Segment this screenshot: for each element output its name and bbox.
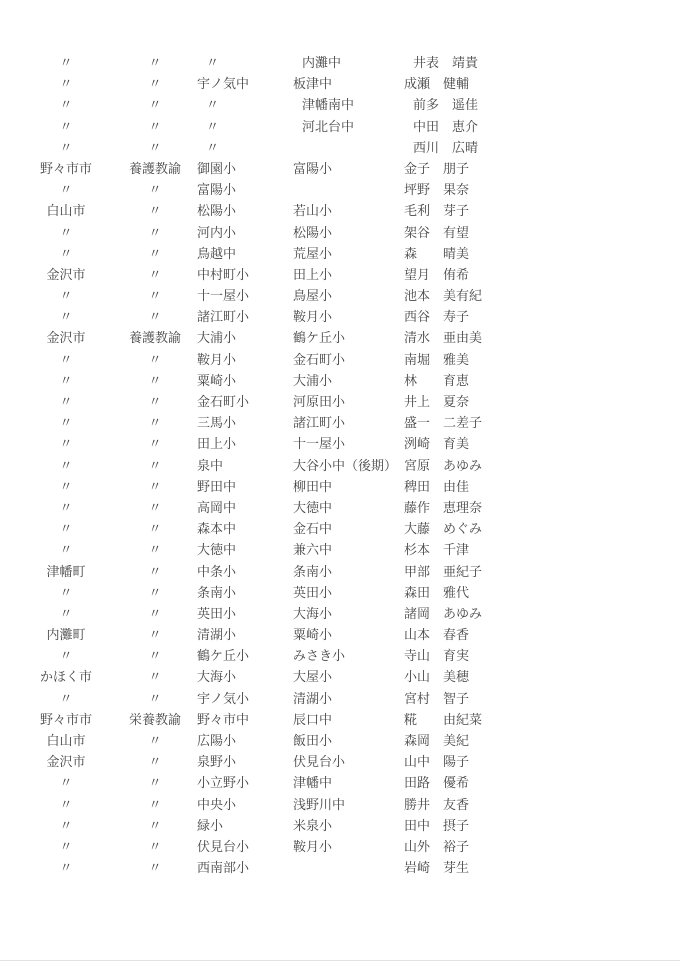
cell-person-name: 望月 侑希	[404, 265, 680, 286]
cell-municipality: かほく市	[16, 667, 116, 688]
cell-municipality: 〃	[16, 244, 116, 265]
table-row: 〃 〃 〃 津幡南中 前多 遥佳	[0, 95, 680, 116]
table-row: 白山市 〃 松陽小 若山小 毛利 芽子	[0, 201, 680, 222]
cell-person-name: 宮村 智子	[404, 689, 680, 710]
cell-municipality: 〃	[16, 858, 116, 879]
cell-municipality: 〃	[16, 795, 116, 816]
cell-role: 〃	[116, 265, 194, 286]
cell-role: 〃	[116, 540, 194, 561]
cell-to-school: 鞍月小	[293, 837, 404, 858]
cell-municipality: 〃	[16, 519, 116, 540]
cell-from-school: 大徳中	[194, 540, 293, 561]
table-row: 〃 〃 粟崎小 大浦小 林 育恵	[0, 371, 680, 392]
transfer-list: 〃 〃 〃 内灘中 井表 靖貴 〃 〃 宇ノ気中 板津中 成瀬 健輔 〃 〃 〃…	[0, 0, 680, 879]
cell-person-name: 山中 陽子	[404, 752, 680, 773]
cell-to-school: 若山小	[293, 201, 404, 222]
table-row: 〃 〃 鶴ケ丘小 みさき小 寺山 育実	[0, 646, 680, 667]
cell-from-school: 緑小	[194, 816, 293, 837]
cell-municipality: 〃	[16, 689, 116, 710]
cell-from-school: 英田小	[194, 604, 293, 625]
cell-person-name: 前多 遥佳	[413, 95, 680, 116]
cell-to-school	[302, 138, 413, 159]
table-row: 野々市市 養護教諭 御園小 富陽小 金子 朋子	[0, 159, 680, 180]
cell-role: 〃	[116, 604, 194, 625]
table-row: 〃 〃 宇ノ気小 清湖小 宮村 智子	[0, 689, 680, 710]
cell-to-school: 荒屋小	[293, 244, 404, 265]
cell-role: 養護教諭	[116, 328, 194, 349]
cell-to-school: 柳田中	[293, 477, 404, 498]
cell-to-school: 大屋小	[293, 667, 404, 688]
cell-from-school: 宇ノ気小	[194, 689, 293, 710]
cell-person-name: 中田 恵介	[413, 117, 680, 138]
cell-role: 〃	[116, 752, 194, 773]
cell-to-school: 鶴ケ丘小	[293, 328, 404, 349]
cell-person-name: 林 育恵	[404, 371, 680, 392]
cell-role: 〃	[116, 307, 194, 328]
table-row: かほく市 〃 大海小 大屋小 小山 美穂	[0, 667, 680, 688]
cell-municipality: 金沢市	[16, 752, 116, 773]
cell-role: 〃	[116, 795, 194, 816]
table-row: 〃 〃 〃 河北台中 中田 恵介	[0, 117, 680, 138]
cell-municipality: 〃	[16, 540, 116, 561]
cell-municipality: 津幡町	[16, 562, 116, 583]
cell-person-name: 西谷 寿子	[404, 307, 680, 328]
cell-municipality: 〃	[16, 223, 116, 244]
table-row: 〃 〃 鳥越中 荒屋小 森 晴美	[0, 244, 680, 265]
cell-from-school: 中央小	[194, 795, 293, 816]
cell-from-school: 三馬小	[194, 413, 293, 434]
cell-to-school	[293, 858, 404, 879]
cell-from-school: 条南小	[194, 583, 293, 604]
cell-municipality: 〃	[16, 583, 116, 604]
cell-role: 〃	[116, 625, 194, 646]
cell-person-name: 田中 摂子	[404, 816, 680, 837]
cell-from-school: 田上小	[194, 434, 293, 455]
cell-role: 〃	[116, 95, 194, 116]
cell-from-school: 泉中	[194, 456, 293, 477]
cell-role: 〃	[116, 244, 194, 265]
cell-person-name: 森岡 美紀	[404, 731, 680, 752]
cell-municipality: 〃	[16, 604, 116, 625]
cell-role: 〃	[116, 858, 194, 879]
cell-to-school: 飯田小	[293, 731, 404, 752]
cell-role: 〃	[116, 689, 194, 710]
cell-to-school: 金石町小	[293, 350, 404, 371]
table-row: 〃 〃 十一屋小 鳥屋小 池本 美有紀	[0, 286, 680, 307]
cell-person-name: 井表 靖貴	[413, 53, 680, 74]
cell-person-name: 藤作 恵理奈	[404, 498, 680, 519]
cell-to-school: 兼六中	[293, 540, 404, 561]
table-row: 津幡町 〃 中条小 条南小 甲部 亜紀子	[0, 562, 680, 583]
cell-municipality: 〃	[16, 498, 116, 519]
cell-from-school: 松陽小	[194, 201, 293, 222]
table-row: 〃 〃 鞍月小 金石町小 南堀 雅美	[0, 350, 680, 371]
cell-from-school: 野田中	[194, 477, 293, 498]
cell-person-name: 架谷 有望	[404, 223, 680, 244]
cell-from-school: 河内小	[194, 223, 293, 244]
table-row: 野々市市 栄養教諭 野々市中 辰口中 糀 由紀菜	[0, 710, 680, 731]
cell-municipality: 〃	[16, 95, 116, 116]
cell-role: 〃	[116, 519, 194, 540]
cell-from-school: 野々市中	[194, 710, 293, 731]
cell-to-school: 粟崎小	[293, 625, 404, 646]
cell-municipality: 〃	[16, 816, 116, 837]
cell-to-school: 英田小	[293, 583, 404, 604]
table-row: 〃 〃 富陽小 坪野 果奈	[0, 180, 680, 201]
cell-from-school: 諸江町小	[194, 307, 293, 328]
cell-role: 〃	[116, 773, 194, 794]
cell-person-name: 勝井 友香	[404, 795, 680, 816]
cell-municipality: 〃	[16, 456, 116, 477]
cell-to-school: 辰口中	[293, 710, 404, 731]
cell-role: 〃	[116, 350, 194, 371]
cell-from-school: 伏見台小	[194, 837, 293, 858]
cell-to-school: 内灘中	[302, 53, 413, 74]
cell-to-school: 大徳中	[293, 498, 404, 519]
cell-role: 〃	[116, 413, 194, 434]
table-row: 内灘町 〃 清湖小 粟崎小 山本 春香	[0, 625, 680, 646]
cell-role: 〃	[116, 223, 194, 244]
cell-role: 〃	[116, 53, 194, 74]
cell-municipality: 〃	[16, 413, 116, 434]
table-row: 〃 〃 中央小 浅野川中 勝井 友香	[0, 795, 680, 816]
cell-from-school: 〃	[194, 53, 302, 74]
cell-role: 栄養教諭	[116, 710, 194, 731]
cell-from-school: 中条小	[194, 562, 293, 583]
cell-municipality: 〃	[16, 646, 116, 667]
cell-to-school: 津幡南中	[302, 95, 413, 116]
table-row: 〃 〃 諸江町小 鞍月小 西谷 寿子	[0, 307, 680, 328]
cell-role: 〃	[116, 201, 194, 222]
cell-role: 〃	[116, 434, 194, 455]
table-row: 〃 〃 泉中 大谷小中（後期） 宮原 あゆみ	[0, 456, 680, 477]
cell-to-school: 条南小	[293, 562, 404, 583]
cell-role: 〃	[116, 286, 194, 307]
table-row: 〃 〃 英田小 大海小 諸岡 あゆみ	[0, 604, 680, 625]
table-row: 〃 〃 森本中 金石中 大藤 めぐみ	[0, 519, 680, 540]
cell-person-name: 糀 由紀菜	[404, 710, 680, 731]
cell-person-name: 洌崎 育美	[404, 434, 680, 455]
cell-from-school: 中村町小	[194, 265, 293, 286]
cell-from-school: 森本中	[194, 519, 293, 540]
cell-person-name: 南堀 雅美	[404, 350, 680, 371]
cell-person-name: 金子 朋子	[404, 159, 680, 180]
cell-person-name: 杉本 千津	[404, 540, 680, 561]
cell-from-school: 富陽小	[194, 180, 293, 201]
cell-municipality: 〃	[16, 180, 116, 201]
cell-to-school: 大海小	[293, 604, 404, 625]
cell-municipality: 野々市市	[16, 710, 116, 731]
cell-role: 〃	[116, 477, 194, 498]
cell-person-name: 盛一 二差子	[404, 413, 680, 434]
cell-person-name: 宮原 あゆみ	[404, 456, 680, 477]
cell-from-school: 粟崎小	[194, 371, 293, 392]
cell-municipality: 白山市	[16, 201, 116, 222]
cell-person-name: 小山 美穂	[404, 667, 680, 688]
cell-to-school: 河北台中	[302, 117, 413, 138]
cell-municipality: 〃	[16, 53, 116, 74]
cell-role: 〃	[116, 731, 194, 752]
table-row: 〃 〃 野田中 柳田中 稗田 由佳	[0, 477, 680, 498]
cell-to-school: 鳥屋小	[293, 286, 404, 307]
cell-person-name: 諸岡 あゆみ	[404, 604, 680, 625]
table-row: 〃 〃 宇ノ気中 板津中 成瀬 健輔	[0, 74, 680, 95]
table-row: 〃 〃 〃 西川 広晴	[0, 138, 680, 159]
cell-from-school: 〃	[194, 95, 302, 116]
cell-role: 〃	[116, 456, 194, 477]
cell-role: 〃	[116, 371, 194, 392]
cell-to-school: 板津中	[293, 74, 404, 95]
table-row: 〃 〃 大徳中 兼六中 杉本 千津	[0, 540, 680, 561]
cell-from-school: 小立野小	[194, 773, 293, 794]
cell-person-name: 森田 雅代	[404, 583, 680, 604]
cell-to-school: 大谷小中（後期）	[293, 456, 404, 477]
cell-from-school: 十一屋小	[194, 286, 293, 307]
cell-to-school: 伏見台小	[293, 752, 404, 773]
cell-municipality: 金沢市	[16, 265, 116, 286]
cell-person-name: 田路 優希	[404, 773, 680, 794]
cell-to-school: 富陽小	[293, 159, 404, 180]
table-row: 〃 〃 条南小 英田小 森田 雅代	[0, 583, 680, 604]
cell-to-school: 津幡中	[293, 773, 404, 794]
cell-role: 〃	[116, 180, 194, 201]
cell-municipality: 〃	[16, 434, 116, 455]
cell-role: 〃	[116, 74, 194, 95]
cell-from-school: 大海小	[194, 667, 293, 688]
cell-from-school: 鶴ケ丘小	[194, 646, 293, 667]
table-row: 金沢市 養護教諭 大浦小 鶴ケ丘小 清水 亜由美	[0, 328, 680, 349]
cell-to-school: 米泉小	[293, 816, 404, 837]
cell-municipality: 内灘町	[16, 625, 116, 646]
cell-municipality: 〃	[16, 773, 116, 794]
cell-person-name: 寺山 育実	[404, 646, 680, 667]
cell-to-school: 大浦小	[293, 371, 404, 392]
cell-municipality: 金沢市	[16, 328, 116, 349]
cell-municipality: 〃	[16, 307, 116, 328]
cell-municipality: 〃	[16, 117, 116, 138]
table-row: 〃 〃 〃 内灘中 井表 靖貴	[0, 53, 680, 74]
cell-person-name: 西川 広晴	[413, 138, 680, 159]
cell-to-school: 諸江町小	[293, 413, 404, 434]
cell-to-school: 田上小	[293, 265, 404, 286]
table-row: 〃 〃 金石町小 河原田小 井上 夏奈	[0, 392, 680, 413]
cell-person-name: 山本 春香	[404, 625, 680, 646]
cell-from-school: 御園小	[194, 159, 293, 180]
table-row: 金沢市 〃 泉野小 伏見台小 山中 陽子	[0, 752, 680, 773]
table-row: 〃 〃 河内小 松陽小 架谷 有望	[0, 223, 680, 244]
cell-municipality: 〃	[16, 350, 116, 371]
cell-to-school: 十一屋小	[293, 434, 404, 455]
cell-from-school: 〃	[194, 138, 302, 159]
table-row: 〃 〃 伏見台小 鞍月小 山外 裕子	[0, 837, 680, 858]
cell-from-school: 金石町小	[194, 392, 293, 413]
table-row: 金沢市 〃 中村町小 田上小 望月 侑希	[0, 265, 680, 286]
cell-role: 〃	[116, 562, 194, 583]
cell-municipality: 〃	[16, 286, 116, 307]
cell-to-school: 浅野川中	[293, 795, 404, 816]
cell-from-school: 広陽小	[194, 731, 293, 752]
cell-to-school: みさき小	[293, 646, 404, 667]
cell-municipality: 〃	[16, 74, 116, 95]
cell-from-school: 鞍月小	[194, 350, 293, 371]
table-row: 〃 〃 緑小 米泉小 田中 摂子	[0, 816, 680, 837]
cell-person-name: 池本 美有紀	[404, 286, 680, 307]
cell-municipality: 〃	[16, 371, 116, 392]
cell-role: 〃	[116, 392, 194, 413]
table-row: 〃 〃 田上小 十一屋小 洌崎 育美	[0, 434, 680, 455]
cell-person-name: 稗田 由佳	[404, 477, 680, 498]
cell-from-school: 宇ノ気中	[194, 74, 293, 95]
cell-from-school: 西南部小	[194, 858, 293, 879]
table-row: 〃 〃 小立野小 津幡中 田路 優希	[0, 773, 680, 794]
cell-to-school: 清湖小	[293, 689, 404, 710]
cell-from-school: 泉野小	[194, 752, 293, 773]
table-row: 〃 〃 西南部小 岩崎 芽生	[0, 858, 680, 879]
cell-role: 〃	[116, 138, 194, 159]
cell-from-school: 高岡中	[194, 498, 293, 519]
cell-from-school: 鳥越中	[194, 244, 293, 265]
cell-municipality: 〃	[16, 392, 116, 413]
cell-to-school: 鞍月小	[293, 307, 404, 328]
cell-municipality: 〃	[16, 477, 116, 498]
cell-person-name: 岩崎 芽生	[404, 858, 680, 879]
document-page: 〃 〃 〃 内灘中 井表 靖貴 〃 〃 宇ノ気中 板津中 成瀬 健輔 〃 〃 〃…	[0, 0, 680, 961]
cell-person-name: 毛利 芽子	[404, 201, 680, 222]
table-row: 〃 〃 三馬小 諸江町小 盛一 二差子	[0, 413, 680, 434]
cell-role: 〃	[116, 816, 194, 837]
cell-person-name: 成瀬 健輔	[404, 74, 680, 95]
cell-person-name: 大藤 めぐみ	[404, 519, 680, 540]
cell-municipality: 白山市	[16, 731, 116, 752]
table-row: 白山市 〃 広陽小 飯田小 森岡 美紀	[0, 731, 680, 752]
table-row: 〃 〃 高岡中 大徳中 藤作 恵理奈	[0, 498, 680, 519]
cell-person-name: 坪野 果奈	[404, 180, 680, 201]
cell-from-school: 大浦小	[194, 328, 293, 349]
cell-role: 〃	[116, 583, 194, 604]
cell-from-school: 清湖小	[194, 625, 293, 646]
cell-role: 〃	[116, 498, 194, 519]
cell-municipality: 〃	[16, 837, 116, 858]
cell-role: 〃	[116, 646, 194, 667]
cell-municipality: 野々市市	[16, 159, 116, 180]
cell-to-school: 松陽小	[293, 223, 404, 244]
cell-to-school: 河原田小	[293, 392, 404, 413]
cell-person-name: 山外 裕子	[404, 837, 680, 858]
cell-from-school: 〃	[194, 117, 302, 138]
cell-person-name: 森 晴美	[404, 244, 680, 265]
cell-person-name: 井上 夏奈	[404, 392, 680, 413]
cell-role: 〃	[116, 117, 194, 138]
cell-to-school: 金石中	[293, 519, 404, 540]
cell-person-name: 甲部 亜紀子	[404, 562, 680, 583]
cell-role: 養護教諭	[116, 159, 194, 180]
cell-person-name: 清水 亜由美	[404, 328, 680, 349]
cell-municipality: 〃	[16, 138, 116, 159]
cell-role: 〃	[116, 837, 194, 858]
cell-to-school	[293, 180, 404, 201]
cell-role: 〃	[116, 667, 194, 688]
